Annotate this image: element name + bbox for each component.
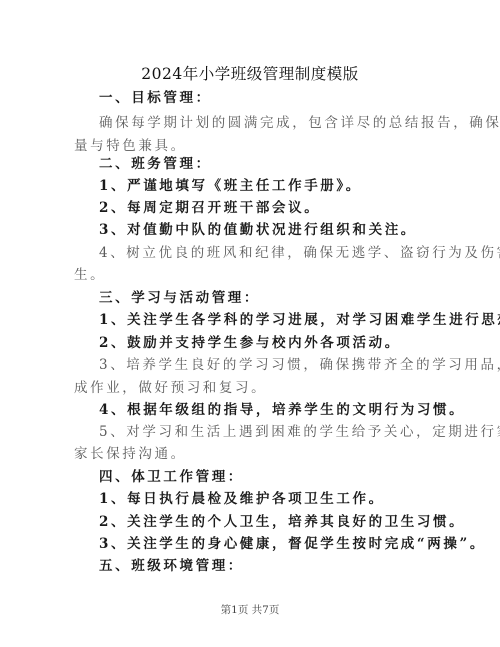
section-heading-class-affairs: 二、班务管理： xyxy=(99,152,212,172)
list-item-continuation: 成作业，做好预习和复习。 xyxy=(74,376,267,396)
list-item: 2、关注学生的个人卫生，培养其良好的卫生习惯。 xyxy=(99,510,465,530)
list-item: 3、对值勤中队的值勤状况进行组织和关注。 xyxy=(99,218,417,238)
list-item-continuation: 家长保持沟通。 xyxy=(74,442,187,462)
list-item: 5、对学习和生活上遇到困难的学生给予关心，定期进行家访，与 xyxy=(99,420,500,440)
list-item: 2、每周定期召开班干部会议。 xyxy=(99,196,320,216)
list-item-continuation: 生。 xyxy=(74,263,106,283)
paragraph-line: 量与特色兼具。 xyxy=(74,134,187,154)
section-heading-goals: 一、目标管理： xyxy=(99,86,212,106)
list-item: 3、培养学生良好的学习习惯，确保携带齐全的学习用品，认真完 xyxy=(99,353,500,373)
list-item: 4、树立优良的班风和纪律，确保无逃学、盗窃行为及伤害事件发 xyxy=(99,241,500,261)
list-item: 1、每日执行晨检及维护各项卫生工作。 xyxy=(99,487,385,507)
list-item: 3、关注学生的身心健康，督促学生按时完成“两操”。 xyxy=(99,532,486,552)
page-number-footer: 第1页 共7页 xyxy=(0,602,500,617)
list-item: 1、严谨地填写《班主任工作手册》。 xyxy=(99,174,362,194)
list-item: 1、关注学生各学科的学习进展，对学习困难学生进行思想引导。 xyxy=(99,308,500,328)
document-title: 2024年小学班级管理制度模版 xyxy=(0,62,500,84)
document-page: 2024年小学班级管理制度模版 一、目标管理： 确保每学期计划的圆满完成，包含详… xyxy=(0,0,500,647)
list-item: 2、鼓励并支持学生参与校内外各项活动。 xyxy=(99,331,401,351)
paragraph-line: 确保每学期计划的圆满完成，包含详尽的总结报告，确保工作质 xyxy=(99,111,500,131)
section-heading-health: 四、体卫工作管理： xyxy=(99,465,244,485)
section-heading-study-activities: 三、学习与活动管理： xyxy=(99,286,260,306)
list-item: 4、根据年级组的指导，培养学生的文明行为习惯。 xyxy=(99,398,465,418)
section-heading-environment: 五、班级环境管理： xyxy=(99,554,244,574)
